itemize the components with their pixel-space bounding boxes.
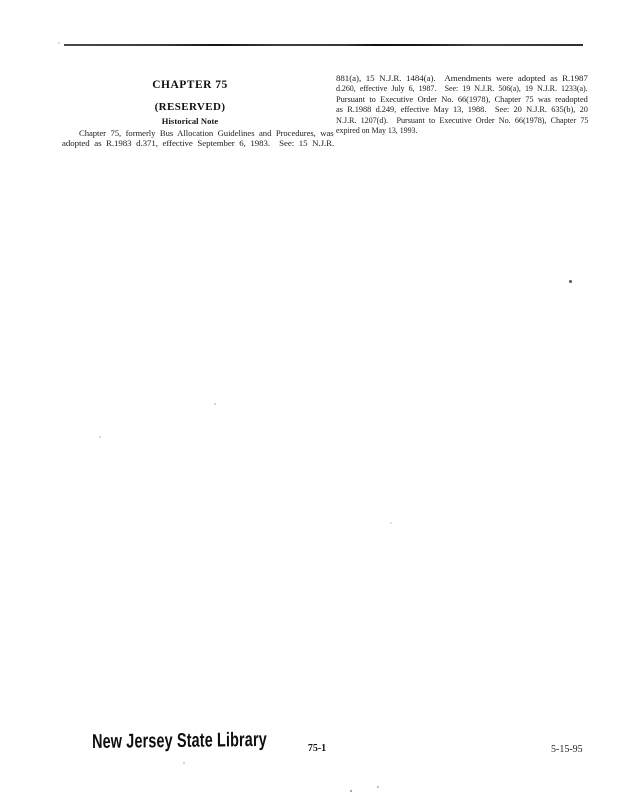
historical-note-text: Chapter 75, formerly Bus Allocation Guid… [62,129,334,150]
historical-note-heading: Historical Note [62,117,318,126]
regulation-text-line: d.260, effective July 6, 1987. See: 19 N… [336,84,588,94]
regulation-text-line: Pursuant to Executive Order No. 66(1978)… [336,95,588,105]
note-text-line: Chapter 75, formerly Bus Allocation Guid… [62,129,334,139]
regulation-history-text: 881(a), 15 N.J.R. 1484(a). Amendments we… [336,74,588,136]
heading-block: CHAPTER 75 (RESERVED) Historical Note [62,79,334,126]
scan-speck [58,42,60,44]
library-stamp: New Jersey State Library [92,729,267,754]
scan-speck [377,786,379,788]
header-rule [64,44,583,46]
scan-speck [569,280,572,283]
regulation-text-line: as R.1988 d.249, effective May 13, 1988.… [336,105,588,115]
regulation-text-line: N.J.R. 1207(d). Pursuant to Executive Or… [336,116,588,126]
reserved-label: (RESERVED) [62,101,318,113]
regulation-text-line: 881(a), 15 N.J.R. 1484(a). Amendments we… [336,74,588,84]
scan-speck [183,762,185,764]
scan-speck [99,436,101,438]
regulation-text-line: expired on May 13, 1993. [336,126,588,136]
scan-speck [350,790,352,792]
page-number: 75-1 [296,743,338,754]
revision-date: 5-15-95 [551,744,583,755]
scan-speck [214,403,216,405]
note-text-line: adopted as R.1983 d.371, effective Septe… [62,139,334,149]
scanned-document-page: CHAPTER 75 (RESERVED) Historical Note Ch… [0,0,621,800]
scan-speck [390,522,392,524]
chapter-title: CHAPTER 75 [62,79,318,92]
left-column: CHAPTER 75 (RESERVED) Historical Note Ch… [62,74,334,150]
right-column: 881(a), 15 N.J.R. 1484(a). Amendments we… [336,74,588,136]
